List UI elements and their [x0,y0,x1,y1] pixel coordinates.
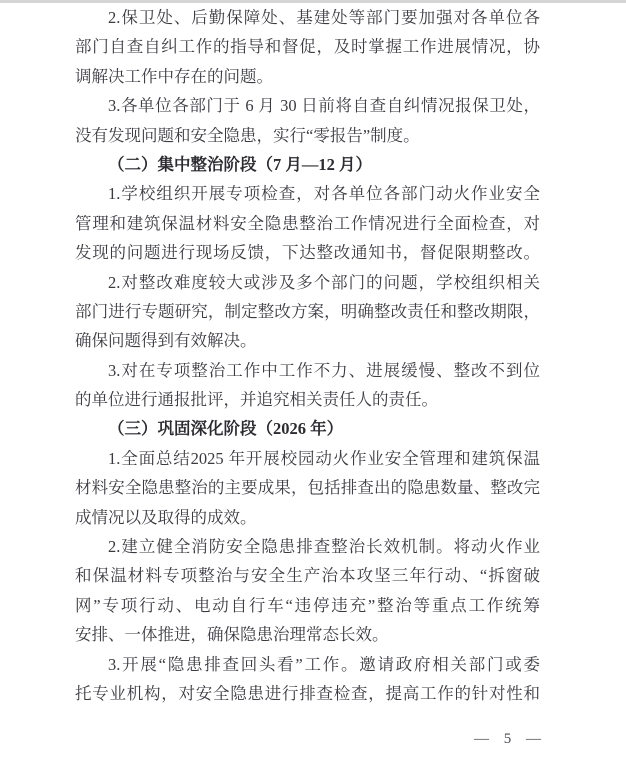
text-line: 部门进行专题研究，制定整改方案，明确整改责任和整改期限， [75,297,540,326]
text-line: 成情况以及取得的成效。 [75,503,540,532]
text-line: 确保问题得到有效解决。 [75,326,540,355]
page-footer: — 5 — [474,731,542,748]
page-number: — 5 — [474,731,542,747]
text-line: 3.开展“隐患排查回头看”工作。邀请政府相关部门或委 [75,650,540,679]
text-line: 2.保卫处、后勤保障处、基建处等部门要加强对各单位各 [75,3,540,32]
text-line: 1.全面总结2025 年开展校园动火作业安全管理和建筑保温 [75,444,540,473]
text-line: 2.建立健全消防安全隐患排查整治长效机制。将动火作业 [75,532,540,561]
text-line: 的单位进行通报批评，并追究相关责任人的责任。 [75,385,540,414]
text-line: 部门自查自纠工作的指导和督促，及时掌握工作进展情况，协 [75,32,540,61]
section-heading: （三）巩固深化阶段（2026 年） [75,414,540,443]
text-line: 托专业机构，对安全隐患进行排查检查，提高工作的针对性和 [75,679,540,708]
text-line: 和保温材料专项整治与安全生产治本攻坚三年行动、“拆窗破 [75,561,540,590]
text-line: 3.各单位各部门于 6 月 30 日前将自查自纠情况报保卫处， [75,91,540,120]
document-body: 2.保卫处、后勤保障处、基建处等部门要加强对各单位各部门自查自纠工作的指导和督促… [75,3,540,708]
text-line: 没有发现问题和安全隐患，实行“零报告”制度。 [75,121,540,150]
text-line: 3.对在专项整治工作中工作不力、进展缓慢、整改不到位 [75,356,540,385]
text-line: 2.对整改难度较大或涉及多个部门的问题，学校组织相关 [75,268,540,297]
text-line: 调解决工作中存在的问题。 [75,62,540,91]
text-line: 发现的问题进行现场反馈，下达整改通知书，督促限期整改。 [75,238,540,267]
text-line: 材料安全隐患整治的主要成果，包括排查出的隐患数量、整改完 [75,473,540,502]
text-line: 安排、一体推进，确保隐患治理常态长效。 [75,620,540,649]
section-heading: （二）集中整治阶段（7 月—12 月） [75,150,540,179]
document-page: 2.保卫处、后勤保障处、基建处等部门要加强对各单位各部门自查自纠工作的指导和督促… [0,0,626,772]
text-line: 1.学校组织开展专项检查，对各单位各部门动火作业安全 [75,179,540,208]
text-line: 管理和建筑保温材料安全隐患整治工作情况进行全面检查，对 [75,209,540,238]
text-line: 网”专项行动、电动自行车“违停违充”整治等重点工作统筹 [75,591,540,620]
